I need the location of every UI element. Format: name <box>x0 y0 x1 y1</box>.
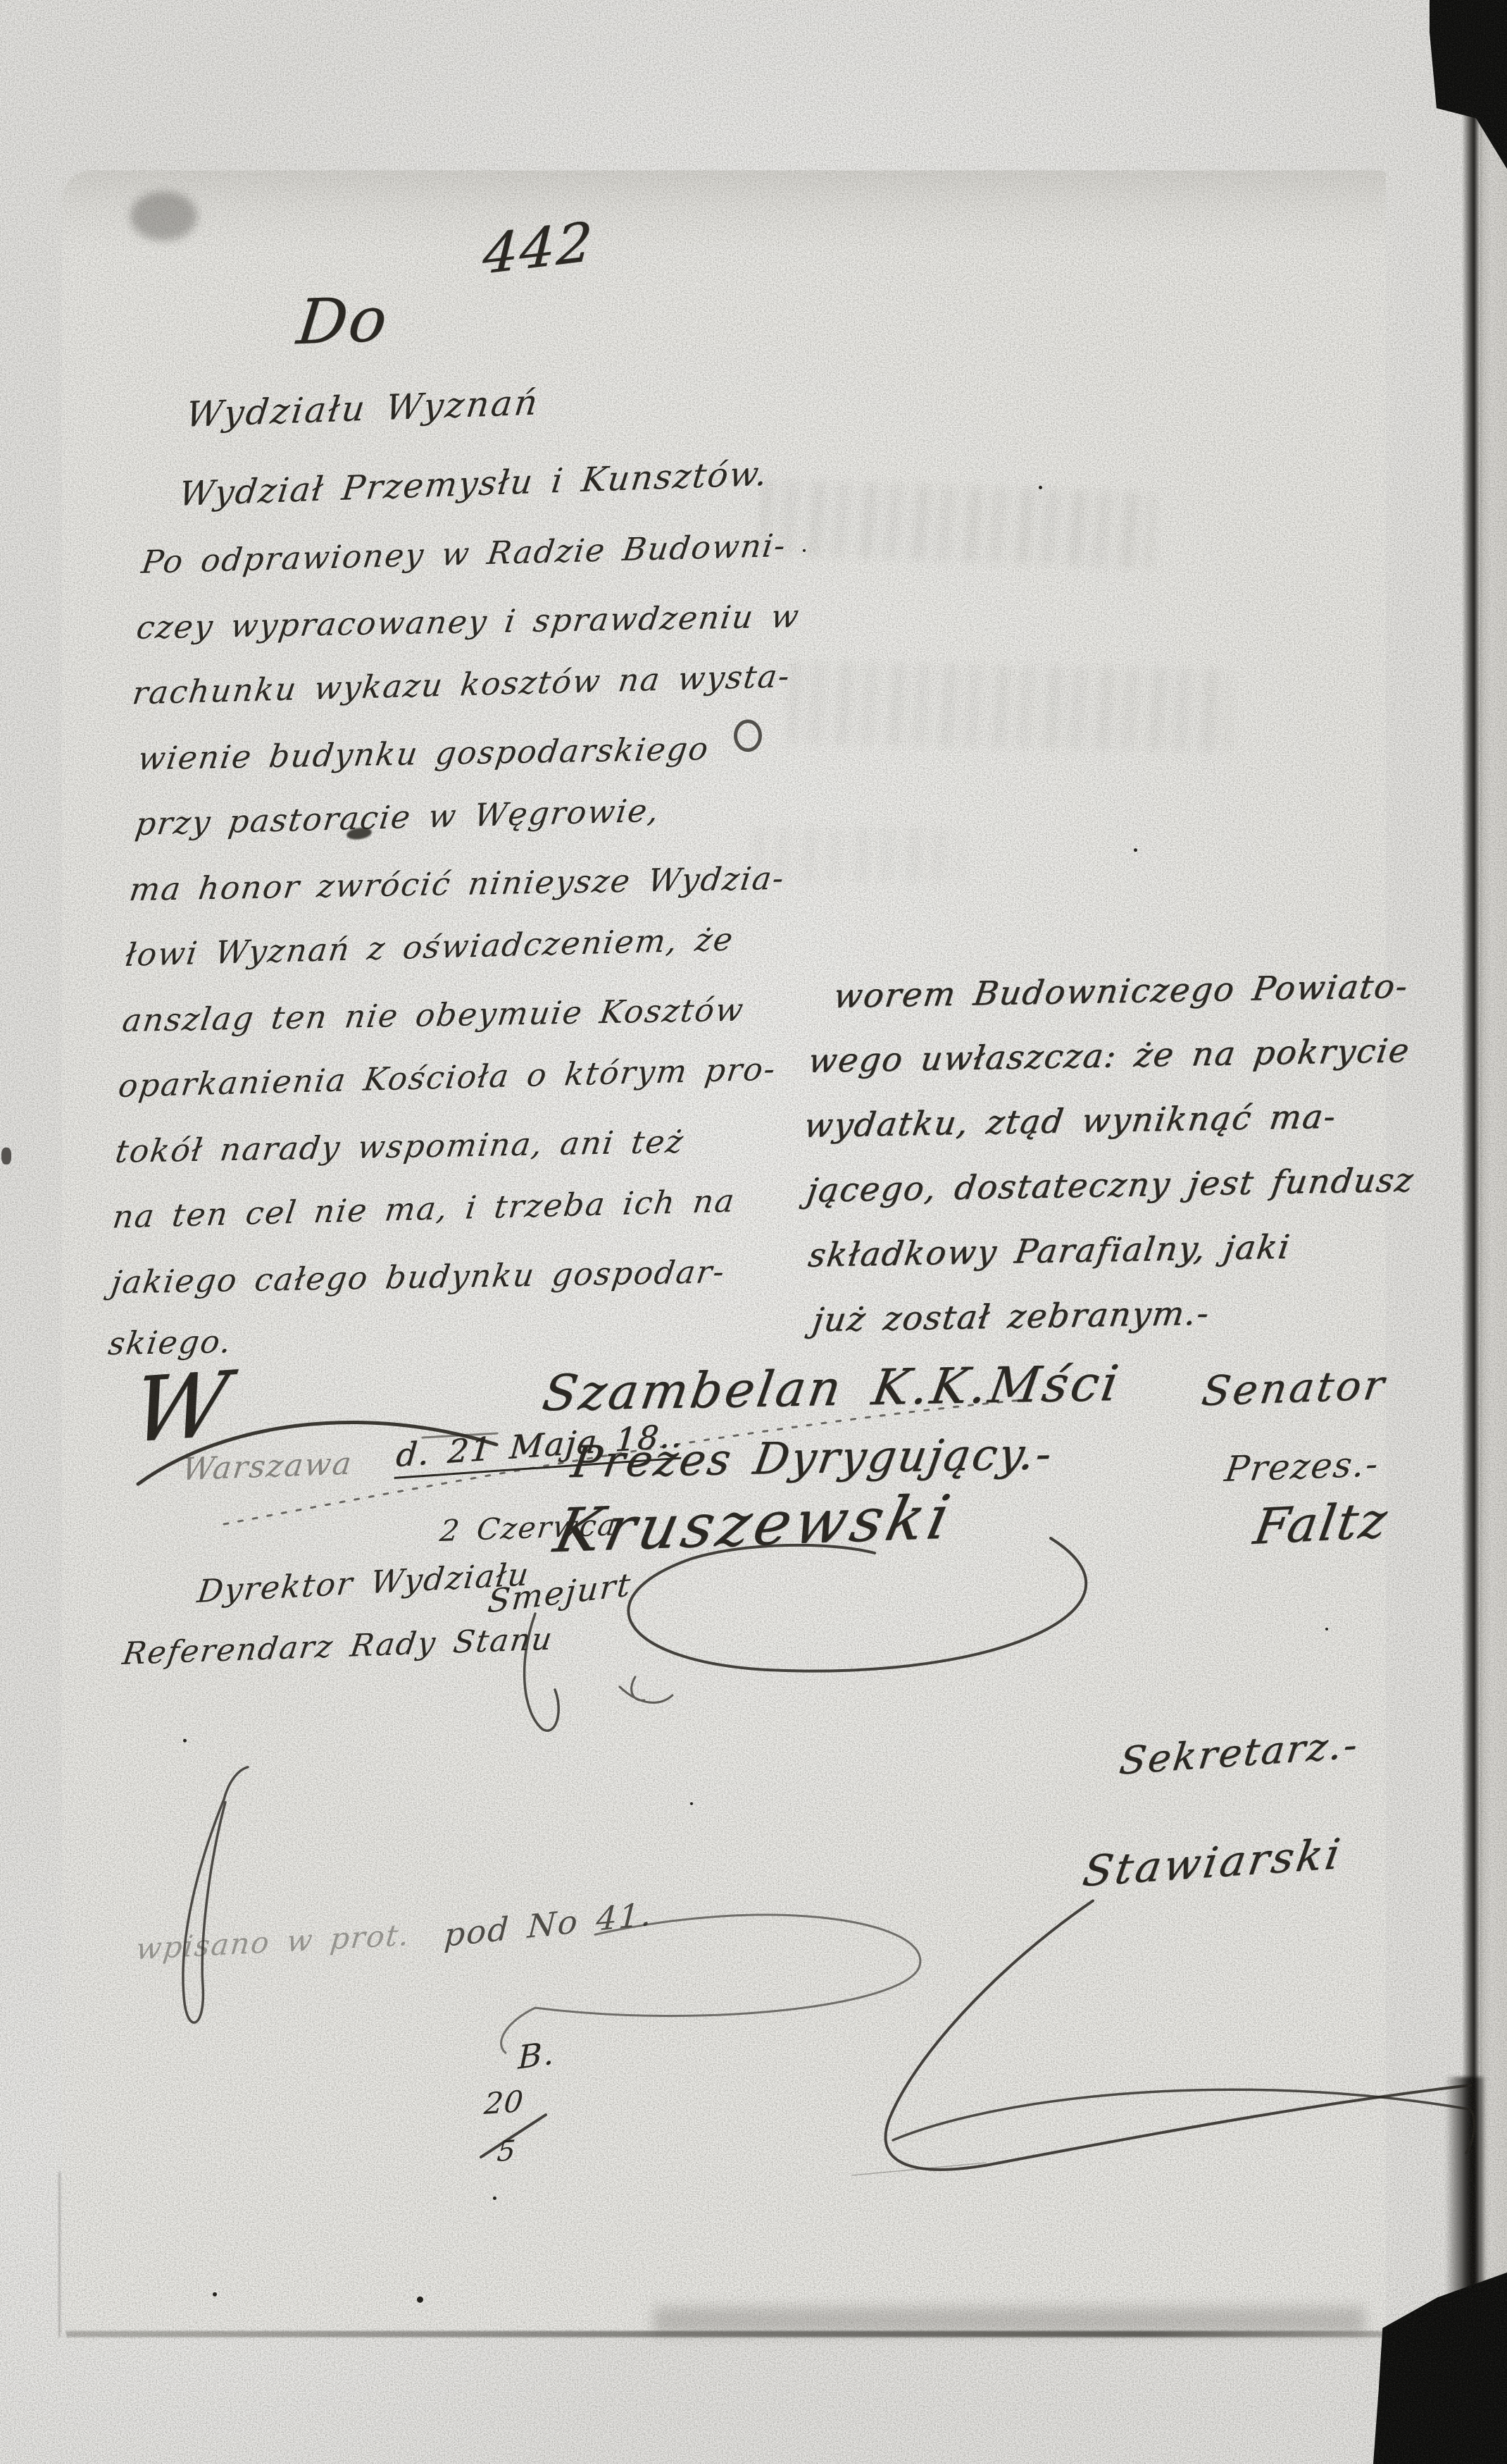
signature-title: Senator <box>1199 1361 1389 1415</box>
book-gutter-line <box>1462 103 1483 2342</box>
sheet-left-edge <box>58 2172 61 2337</box>
scanned-archival-letter: 442 Do Wydziału Wyznań Wydział Przemysłu… <box>0 0 1507 2464</box>
signature-title: Prezes.- <box>1223 1443 1382 1490</box>
bleed-through-row <box>759 479 1156 568</box>
registry-fraction-numerator: 20 <box>483 2084 525 2121</box>
film-black-corner-bottom <box>1373 2273 1507 2464</box>
bleed-through-row <box>788 662 1233 753</box>
registry-fraction-denominator: 5 <box>496 2135 518 2168</box>
body-line: już został zebranym.- <box>810 1294 1212 1340</box>
signature-name: Faltz <box>1250 1491 1393 1556</box>
corner-smudge <box>130 191 197 241</box>
dateline-correction: 2 Czerwca <box>438 1507 619 1548</box>
dateline-initial: W <box>126 1352 236 1464</box>
dateline-place: Warszawa <box>180 1446 355 1488</box>
registry-mark: B. <box>518 2034 556 2077</box>
signature-title: Szambelan K.K.Mści <box>539 1354 1125 1422</box>
sheet-bottom-smudge <box>654 2307 1365 2334</box>
salutation: Do <box>294 283 392 358</box>
ink-ring-mark <box>734 719 762 752</box>
edge-mark <box>1 1148 11 1164</box>
